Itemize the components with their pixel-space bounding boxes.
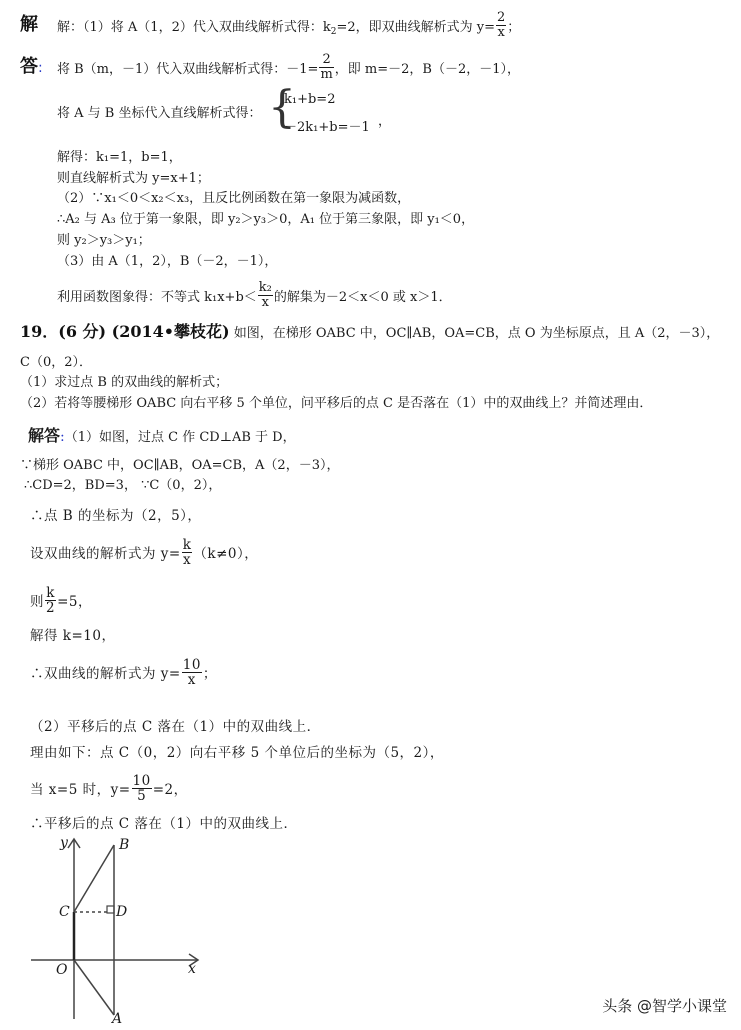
numerator: k [182, 538, 193, 553]
numerator: k₂ [258, 281, 273, 296]
solution-line-3: 将 A 与 B 坐标代入直线解析式得： [57, 106, 261, 122]
answer-19-line-7: 解得 k=10， [30, 628, 115, 644]
text: （1）如图，过点 C 作 CD⊥AB 于 D， [65, 430, 296, 445]
equation-system: { k₁+b=2 －2k₁+b=－1 ， [268, 88, 388, 138]
denominator: m [319, 68, 333, 82]
denominator: x [496, 26, 506, 40]
question-19-line-1: 19．(6 分) (2014•攀枝花) 如图，在梯形 OABC 中，OC∥AB，… [20, 322, 719, 344]
fraction: k2 [45, 586, 56, 615]
text: 则 [30, 594, 44, 610]
answer-19-line-12: ∴平移后的点 C 落在（1）中的双曲线上． [30, 816, 298, 832]
solution-line-1: 解：（1）将 A（1，2）代入双曲线解析式得：k2=2，即双曲线解析式为 y=2… [57, 13, 520, 42]
segment-OA [74, 960, 114, 1015]
text: ， [378, 110, 391, 129]
label-da: 答: [20, 52, 43, 78]
answer-19-line-10: 理由如下：点 C（0，2）向右平移 5 个单位后的坐标为（5，2）， [30, 745, 444, 761]
figure-svg [28, 835, 218, 1027]
answer-19-line-2: ∵梯形 OABC 中，OC∥AB，OA=CB，A（2，－3）， [20, 458, 339, 474]
label-da-colon: : [38, 60, 43, 76]
numerator: 10 [132, 774, 152, 789]
label-y: y [60, 835, 68, 851]
text: 利用函数图象得：不等式 k₁x+b＜ [57, 290, 257, 305]
question-heading: 19．(6 分) (2014•攀枝花) [20, 322, 230, 341]
denominator: x [182, 553, 193, 567]
label-C: C [59, 904, 70, 920]
trapezoid-figure: y x O B C D A [28, 835, 218, 1027]
text: 当 x=5 时，y= [30, 782, 131, 798]
numerator: 2 [319, 53, 333, 68]
question-19-sub-2: （2）若将等腰梯形 OABC 向右平移 5 个单位，问平移后的点 C 是否落在（… [20, 396, 652, 412]
answer-19-line-5: 设双曲线的解析式为 y=kx（k≠0）， [30, 540, 258, 569]
question-19-line-2: C（0，2）． [20, 355, 92, 371]
solution-line-2: 将 B（m，－1）代入双曲线解析式得：－1=2m，即 m=－2，B（－2，－1）… [57, 55, 520, 84]
fraction: 2x [496, 11, 506, 40]
text: =5， [57, 594, 92, 610]
answer-19-line-3: ∴CD=2，BD=3， ∵C（0，2）， [24, 478, 221, 494]
fraction: 105 [132, 774, 152, 803]
text: 解：（1）将 A（1，2）代入双曲线解析式得：k [57, 20, 331, 35]
solution-line-7: ∴A₂ 与 A₃ 位于第一象限，即 y₂＞y₃＞0，A₁ 位于第三象限，即 y₁… [57, 212, 474, 228]
denominator: x [182, 673, 202, 687]
denominator: 2 [45, 601, 56, 615]
answer-19-line-9: （2）平移后的点 C 落在（1）中的双曲线上． [30, 719, 321, 735]
label-jie: 解 [20, 10, 38, 36]
text: =2，即双曲线解析式为 y= [336, 20, 495, 35]
label-O: O [56, 962, 67, 978]
label-B: B [119, 837, 129, 853]
system-eq-2: －2k₁+b=－1 [284, 116, 370, 135]
answer-19-line-11: 当 x=5 时，y=105=2， [30, 776, 188, 805]
text: 将 B（m，－1）代入双曲线解析式得：－1= [57, 62, 318, 77]
text: 的解集为－2＜x＜0 或 x＞1． [274, 290, 452, 305]
segment-CB [74, 845, 114, 912]
label-A: A [112, 1011, 122, 1027]
fraction: 2m [319, 53, 333, 82]
text: 设双曲线的解析式为 y= [30, 546, 181, 562]
label-da-text: 答 [20, 56, 38, 77]
text: （k≠0）， [193, 546, 258, 562]
right-angle-icon [107, 906, 114, 913]
answer-label: 解答 [28, 426, 60, 445]
numerator: 2 [496, 11, 506, 26]
text: ，即 m=－2，B（－2，－1）， [335, 62, 520, 77]
text: =2， [153, 782, 188, 798]
label-D: D [116, 904, 127, 920]
solution-line-9: （3）由 A（1，2），B（－2，－1）， [57, 254, 277, 270]
numerator: k [45, 586, 56, 601]
solution-line-8: 则 y₂＞y₃＞y₁； [57, 233, 151, 249]
fraction: k₂x [258, 281, 273, 310]
text: ∴双曲线的解析式为 y= [30, 666, 181, 682]
question-19-sub-1: （1）求过点 B 的双曲线的解析式； [20, 375, 228, 391]
fraction: kx [182, 538, 193, 567]
answer-19-line-1: 解答:（1）如图，过点 C 作 CD⊥AB 于 D， [28, 426, 296, 448]
denominator: 5 [132, 789, 152, 803]
solution-line-4: 解得：k₁=1，b=1， [57, 150, 182, 166]
solution-line-6: （2）∵x₁＜0＜x₂＜x₃，且反比例函数在第一象限为减函数， [57, 191, 410, 207]
solution-line-5: 则直线解析式为 y=x+1； [57, 171, 210, 187]
text: ； [203, 666, 217, 682]
numerator: 10 [182, 658, 202, 673]
denominator: x [258, 296, 273, 310]
answer-19-line-4: ∴点 B 的坐标为（2，5）， [30, 508, 201, 524]
label-x: x [188, 961, 196, 977]
answer-19-line-6: 则k2=5， [30, 588, 92, 617]
answer-19-line-8: ∴双曲线的解析式为 y=10x； [30, 660, 217, 689]
system-eq-1: k₁+b=2 [284, 92, 335, 107]
fraction: 10x [182, 658, 202, 687]
text: ； [507, 20, 520, 35]
question-text: 如图，在梯形 OABC 中，OC∥AB，OA=CB，点 O 为坐标原点，且 A（… [234, 326, 720, 341]
source-watermark: 头条 @智学小课堂 [602, 995, 727, 1016]
solution-line-10: 利用函数图象得：不等式 k₁x+b＜k₂x的解集为－2＜x＜0 或 x＞1． [57, 283, 452, 312]
